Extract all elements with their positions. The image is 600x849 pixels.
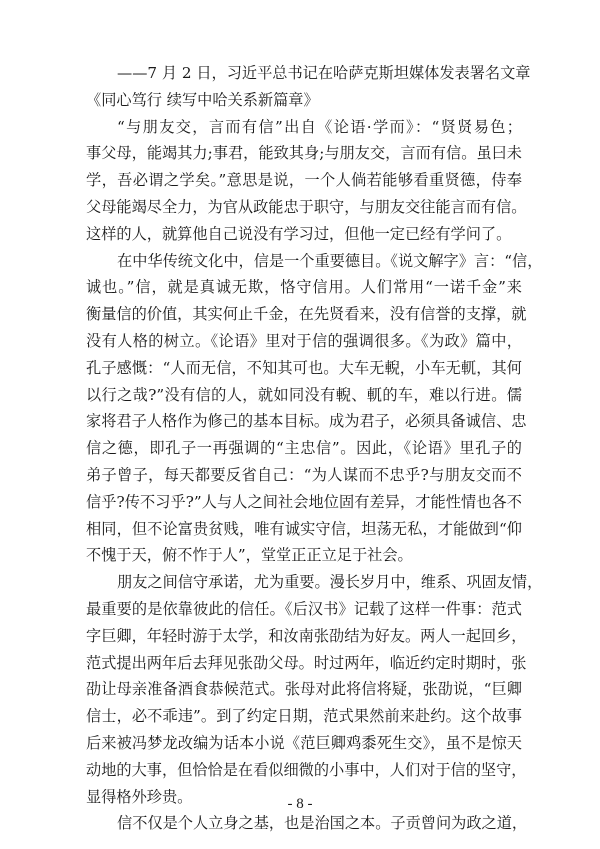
paragraph-3: 朋友之间信守承诺，尤为重要。漫长岁月中，维系、巩固友情， 最重要的是依靠彼此的信… <box>86 569 522 810</box>
paragraph-4: 信不仅是个人立身之基，也是治国之本。子贡曾问为政之道， <box>86 810 522 837</box>
paragraph-line: 以行之哉?”没有信的人，就如同没有輗、軏的车，难以行进。儒 <box>86 382 522 409</box>
paragraph-line: “与朋友交，言而有信”出自《论语·学而》：“贤贤易色； <box>86 114 522 141</box>
paragraph-line: 不愧于天，俯不怍于人”，堂堂正正立足于社会。 <box>86 542 522 569</box>
paragraph-line: 动地的大事，但恰恰是在看似细微的小事中，人们对于信的坚守， <box>86 757 522 784</box>
paragraph-line: 家将君子人格作为修己的基本目标。成为君子，必须具备诚信、忠 <box>86 408 522 435</box>
paragraph-line: 诚也。”信，就是真诚无欺，恪守信用。人们常用“一诺千金”来 <box>86 274 522 301</box>
paragraph-line: 最重要的是依靠彼此的信任。《后汉书》记载了这样一件事：范式 <box>86 596 522 623</box>
paragraph-line: 字巨卿，年轻时游于太学，和汝南张劭结为好友。两人一起回乡， <box>86 623 522 650</box>
paragraph-line: 衡量信的价值，其实何止千金，在先贤看来，没有信誉的支撑，就 <box>86 301 522 328</box>
paragraph-line: 范式提出两年后去拜见张劭父母。时过两年，临近约定时期时，张 <box>86 650 522 677</box>
paragraph-line: 弟子曾子，每天都要反省自己：“为人谋而不忠乎?与朋友交而不 <box>86 462 522 489</box>
paragraph-2: 在中华传统文化中，信是一个重要德目。《说文解字》言：“信， 诚也。”信，就是真诚… <box>86 248 522 570</box>
document-page: ——7 月 2 日，习近平总书记在哈萨克斯坦媒体发表署名文章 《同心笃行 续写中… <box>86 60 522 837</box>
paragraph-line: 这样的人，就算他自己说没有学习过，但他一定已经有学问了。 <box>86 221 522 248</box>
paragraph-line: 孔子感慨：“人而无信，不知其可也。大车无輗，小车无軏，其何 <box>86 355 522 382</box>
paragraph-line: 相同，但不论富贵贫贱，唯有诚实守信，坦荡无私，才能做到“仰 <box>86 516 522 543</box>
paragraph-line: 事父母，能竭其力;事君，能致其身;与朋友交，言而有信。虽曰未 <box>86 140 522 167</box>
paragraph-line: 学，吾必谓之学矣。”意思是说，一个人倘若能够看重贤德，侍奉 <box>86 167 522 194</box>
page-number: - 8 - <box>0 796 600 813</box>
source-attribution-line-1: ——7 月 2 日，习近平总书记在哈萨克斯坦媒体发表署名文章 <box>86 60 522 87</box>
paragraph-line: 信之德，即孔子一再强调的“主忠信”。因此，《论语》里孔子的 <box>86 435 522 462</box>
paragraph-line: 没有人格的树立。《论语》里对于信的强调很多。《为政》篇中， <box>86 328 522 355</box>
paragraph-line: 信士，必不乖违”。到了约定日期，范式果然前来赴约。这个故事 <box>86 703 522 730</box>
paragraph-line: 劭让母亲准备酒食恭候范式。张母对此将信将疑，张劭说，“巨卿 <box>86 676 522 703</box>
paragraph-1: “与朋友交，言而有信”出自《论语·学而》：“贤贤易色； 事父母，能竭其力;事君，… <box>86 114 522 248</box>
paragraph-line: 信乎?传不习乎?”人与人之间社会地位固有差异，才能性情也各不 <box>86 489 522 516</box>
paragraph-line: 信不仅是个人立身之基，也是治国之本。子贡曾问为政之道， <box>86 810 522 837</box>
paragraph-line: 后来被冯梦龙改编为话本小说《范巨卿鸡黍死生交》，虽不是惊天 <box>86 730 522 757</box>
paragraph-line: 朋友之间信守承诺，尤为重要。漫长岁月中，维系、巩固友情， <box>86 569 522 596</box>
paragraph-line: 父母能竭尽全力，为官从政能忠于职守，与朋友交往能言而有信。 <box>86 194 522 221</box>
source-attribution-line-2: 《同心笃行 续写中哈关系新篇章》 <box>86 87 522 114</box>
paragraph-line: 在中华传统文化中，信是一个重要德目。《说文解字》言：“信， <box>86 248 522 275</box>
